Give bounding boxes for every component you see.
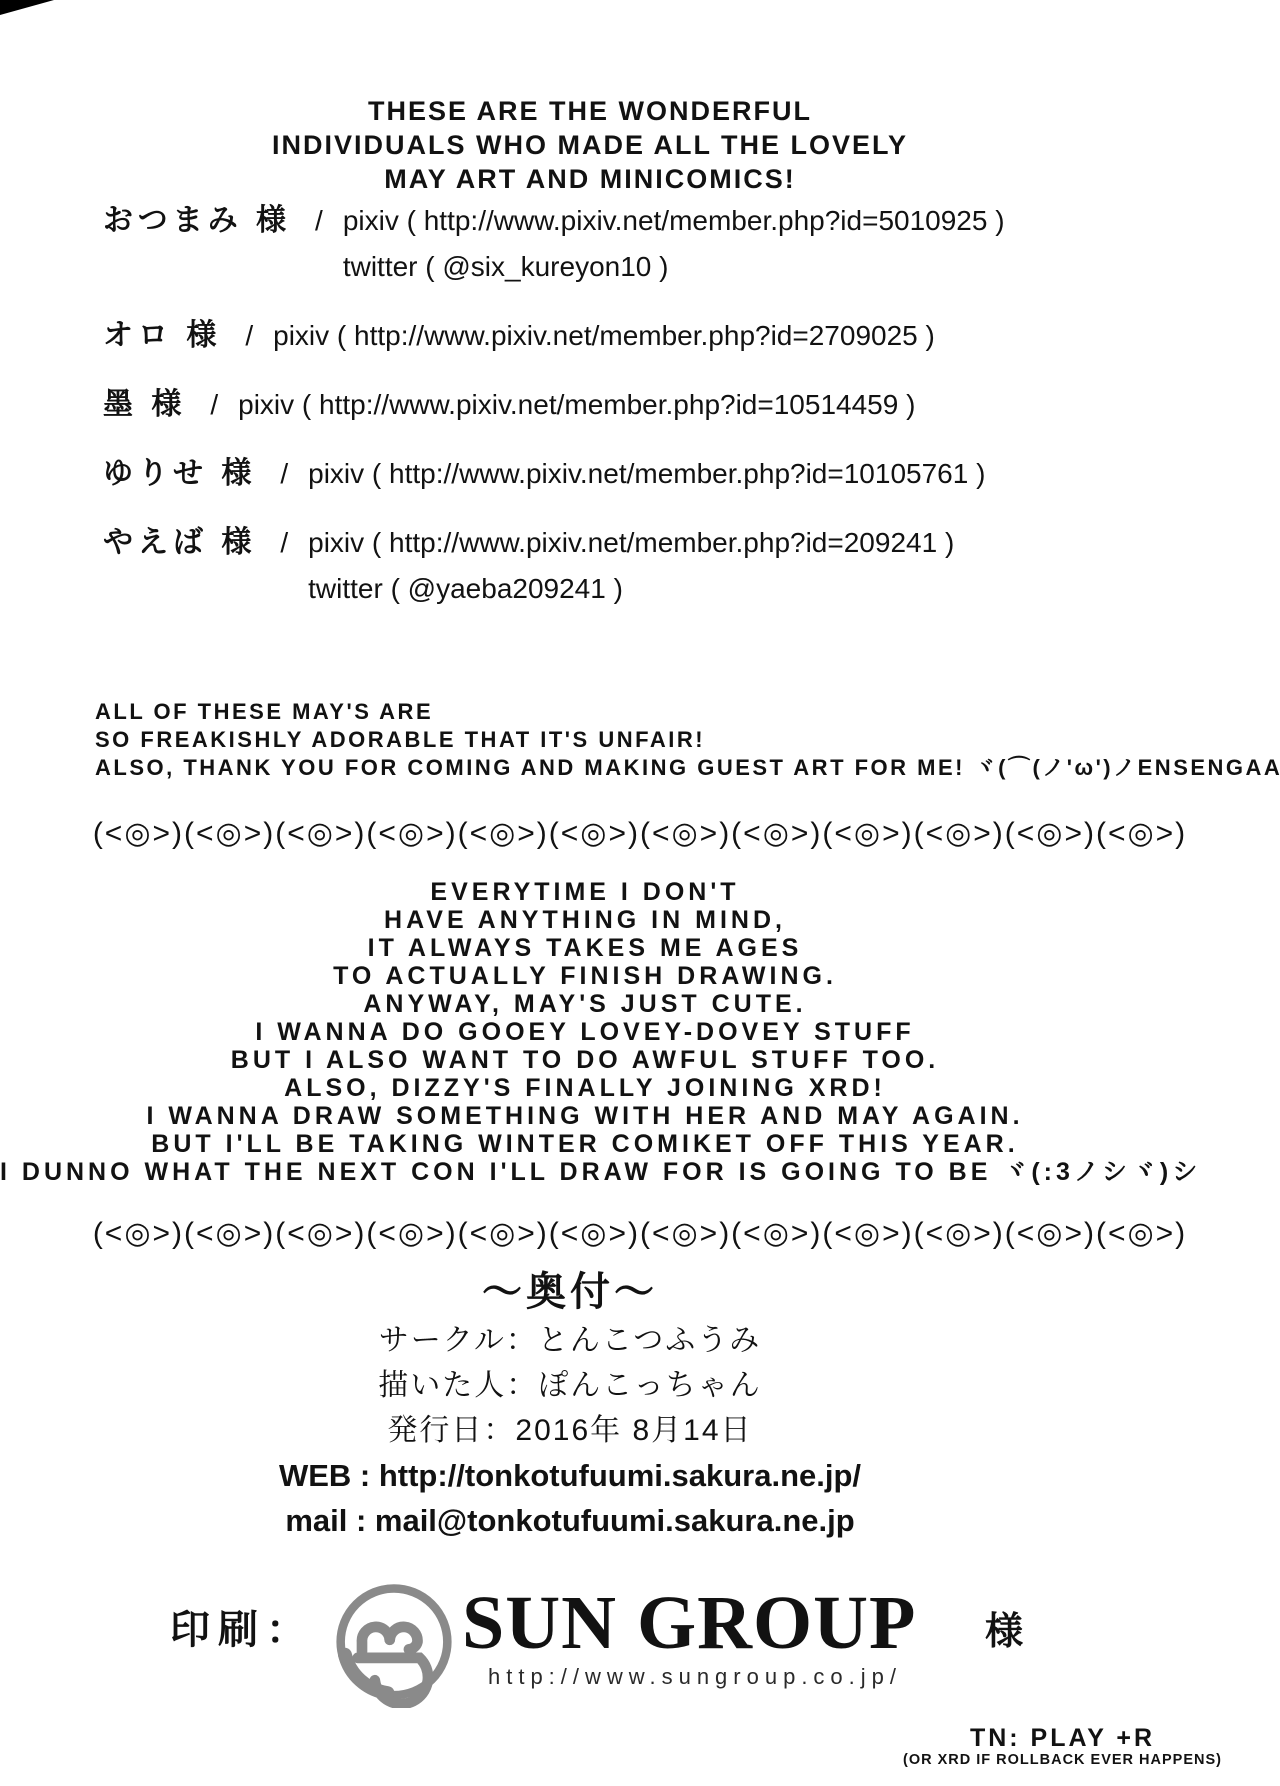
ornament-divider-bottom: (<◎>)(<◎>)(<◎>)(<◎>)(<◎>)(<◎>)(<◎>)(<◎>)… [0,1216,1280,1252]
text-line: SO FREAKISHLY ADORABLE THAT IT'S UNFAIR! [95,726,1280,754]
separator-slash: / [210,382,218,428]
artist-links: pixiv ( http://www.pixiv.net/member.php?… [343,198,1005,290]
text-line: I WANNA DRAW SOMETHING WITH HER AND MAY … [0,1102,1170,1130]
text-line: HAVE ANYTHING IN MIND, [0,906,1170,934]
text-line: IT ALWAYS TAKES ME AGES [0,934,1170,962]
credit-row: 墨 様 / pixiv ( http://www.pixiv.net/membe… [103,382,1250,428]
thanks-note: ALL OF THESE MAY'S ARE SO FREAKISHLY ADO… [95,698,1280,782]
text-line: I WANNA DO GOOEY LOVEY-DOVEY STUFF [0,1018,1170,1046]
circle-name: サークル：とんこつふうみ [0,1318,1140,1363]
pixiv-link: pixiv ( http://www.pixiv.net/member.php?… [308,451,985,497]
artist-credit: 描いた人：ぽんこっちゃん [0,1363,1140,1408]
separator-slash: / [315,198,323,244]
printer-honorific: 様 [985,1600,1023,1655]
artist-name: オロ 様 [103,313,221,359]
sun-group-logo-icon [330,1580,458,1708]
artist-links: pixiv ( http://www.pixiv.net/member.php?… [308,451,985,497]
pixiv-link: pixiv ( http://www.pixiv.net/member.php?… [273,313,935,359]
pixiv-link: pixiv ( http://www.pixiv.net/member.php?… [343,198,1005,244]
text-line: ALSO, DIZZY'S FINALLY JOINING XRD! [0,1074,1170,1102]
text-line: BUT I'LL BE TAKING WINTER COMIKET OFF TH… [0,1130,1170,1158]
credit-row: ゆりせ 様 / pixiv ( http://www.pixiv.net/mem… [103,451,1250,497]
artist-links: pixiv ( http://www.pixiv.net/member.php?… [238,382,915,428]
twitter-link: twitter ( @six_kureyon10 ) [343,244,1005,290]
text-line: TO ACTUALLY FINISH DRAWING. [0,962,1170,990]
separator-slash: / [280,451,288,497]
credits-list: おつまみ 様 / pixiv ( http://www.pixiv.net/me… [103,198,1250,635]
text-line: I DUNNO WHAT THE NEXT CON I'LL DRAW FOR … [0,1158,1170,1186]
ornament-divider-top: (<◎>)(<◎>)(<◎>)(<◎>)(<◎>)(<◎>)(<◎>)(<◎>)… [0,816,1280,852]
header-text: THESE ARE THE WONDERFUL INDIVIDUALS WHO … [0,94,1180,196]
credit-row: おつまみ 様 / pixiv ( http://www.pixiv.net/me… [103,198,1250,290]
artist-name: やえば 様 [103,520,256,566]
afterword-page: THESE ARE THE WONDERFUL INDIVIDUALS WHO … [0,0,1280,1786]
printer-label: 印刷： [170,1598,314,1655]
translator-note-line1: TN: PLAY +R [903,1724,1222,1752]
artist-links: pixiv ( http://www.pixiv.net/member.php?… [273,313,935,359]
translator-note: TN: PLAY +R (OR XRD IF ROLLBACK EVER HAP… [903,1724,1222,1769]
text-line: ALL OF THESE MAY'S ARE [95,698,1280,726]
web-address: WEB : http://tonkotufuumi.sakura.ne.jp/ [0,1453,1140,1498]
separator-slash: / [245,313,253,359]
artist-links: pixiv ( http://www.pixiv.net/member.php?… [308,520,954,612]
text-line: THESE ARE THE WONDERFUL [0,94,1180,128]
artist-name: ゆりせ 様 [103,451,256,497]
colophon: ～奥付～ サークル：とんこつふうみ 描いた人：ぽんこっちゃん 発行日：2016年… [0,1266,1140,1543]
credit-row: やえば 様 / pixiv ( http://www.pixiv.net/mem… [103,520,1250,612]
twitter-link: twitter ( @yaeba209241 ) [308,566,954,612]
credit-row: オロ 様 / pixiv ( http://www.pixiv.net/memb… [103,313,1250,359]
text-line: INDIVIDUALS WHO MADE ALL THE LOVELY [0,128,1180,162]
text-line: EVERYTIME I DON'T [0,878,1170,906]
mail-address: mail : mail@tonkotufuumi.sakura.ne.jp [0,1498,1140,1543]
author-message: EVERYTIME I DON'T HAVE ANYTHING IN MIND,… [0,878,1170,1186]
artist-name: おつまみ 様 [103,198,291,244]
colophon-title: ～奥付～ [0,1266,1140,1318]
text-line: ANYWAY, MAY'S JUST CUTE. [0,990,1170,1018]
artist-name: 墨 様 [103,382,186,428]
scan-artifact [0,0,54,15]
translator-note-line2: (OR XRD IF ROLLBACK EVER HAPPENS) [903,1752,1222,1769]
pixiv-link: pixiv ( http://www.pixiv.net/member.php?… [308,520,954,566]
printer-company-name: SUN GROUP [462,1584,916,1662]
pixiv-link: pixiv ( http://www.pixiv.net/member.php?… [238,382,915,428]
separator-slash: / [280,520,288,566]
text-line: BUT I ALSO WANT TO DO AWFUL STUFF TOO. [0,1046,1170,1074]
printer-company-url: http://www.sungroup.co.jp/ [450,1664,940,1690]
publication-date: 発行日：2016年 8月14日 [0,1408,1140,1453]
text-line: ALSO, THANK YOU FOR COMING AND MAKING GU… [95,754,1280,782]
text-line: MAY ART AND MINICOMICS! [0,162,1180,196]
